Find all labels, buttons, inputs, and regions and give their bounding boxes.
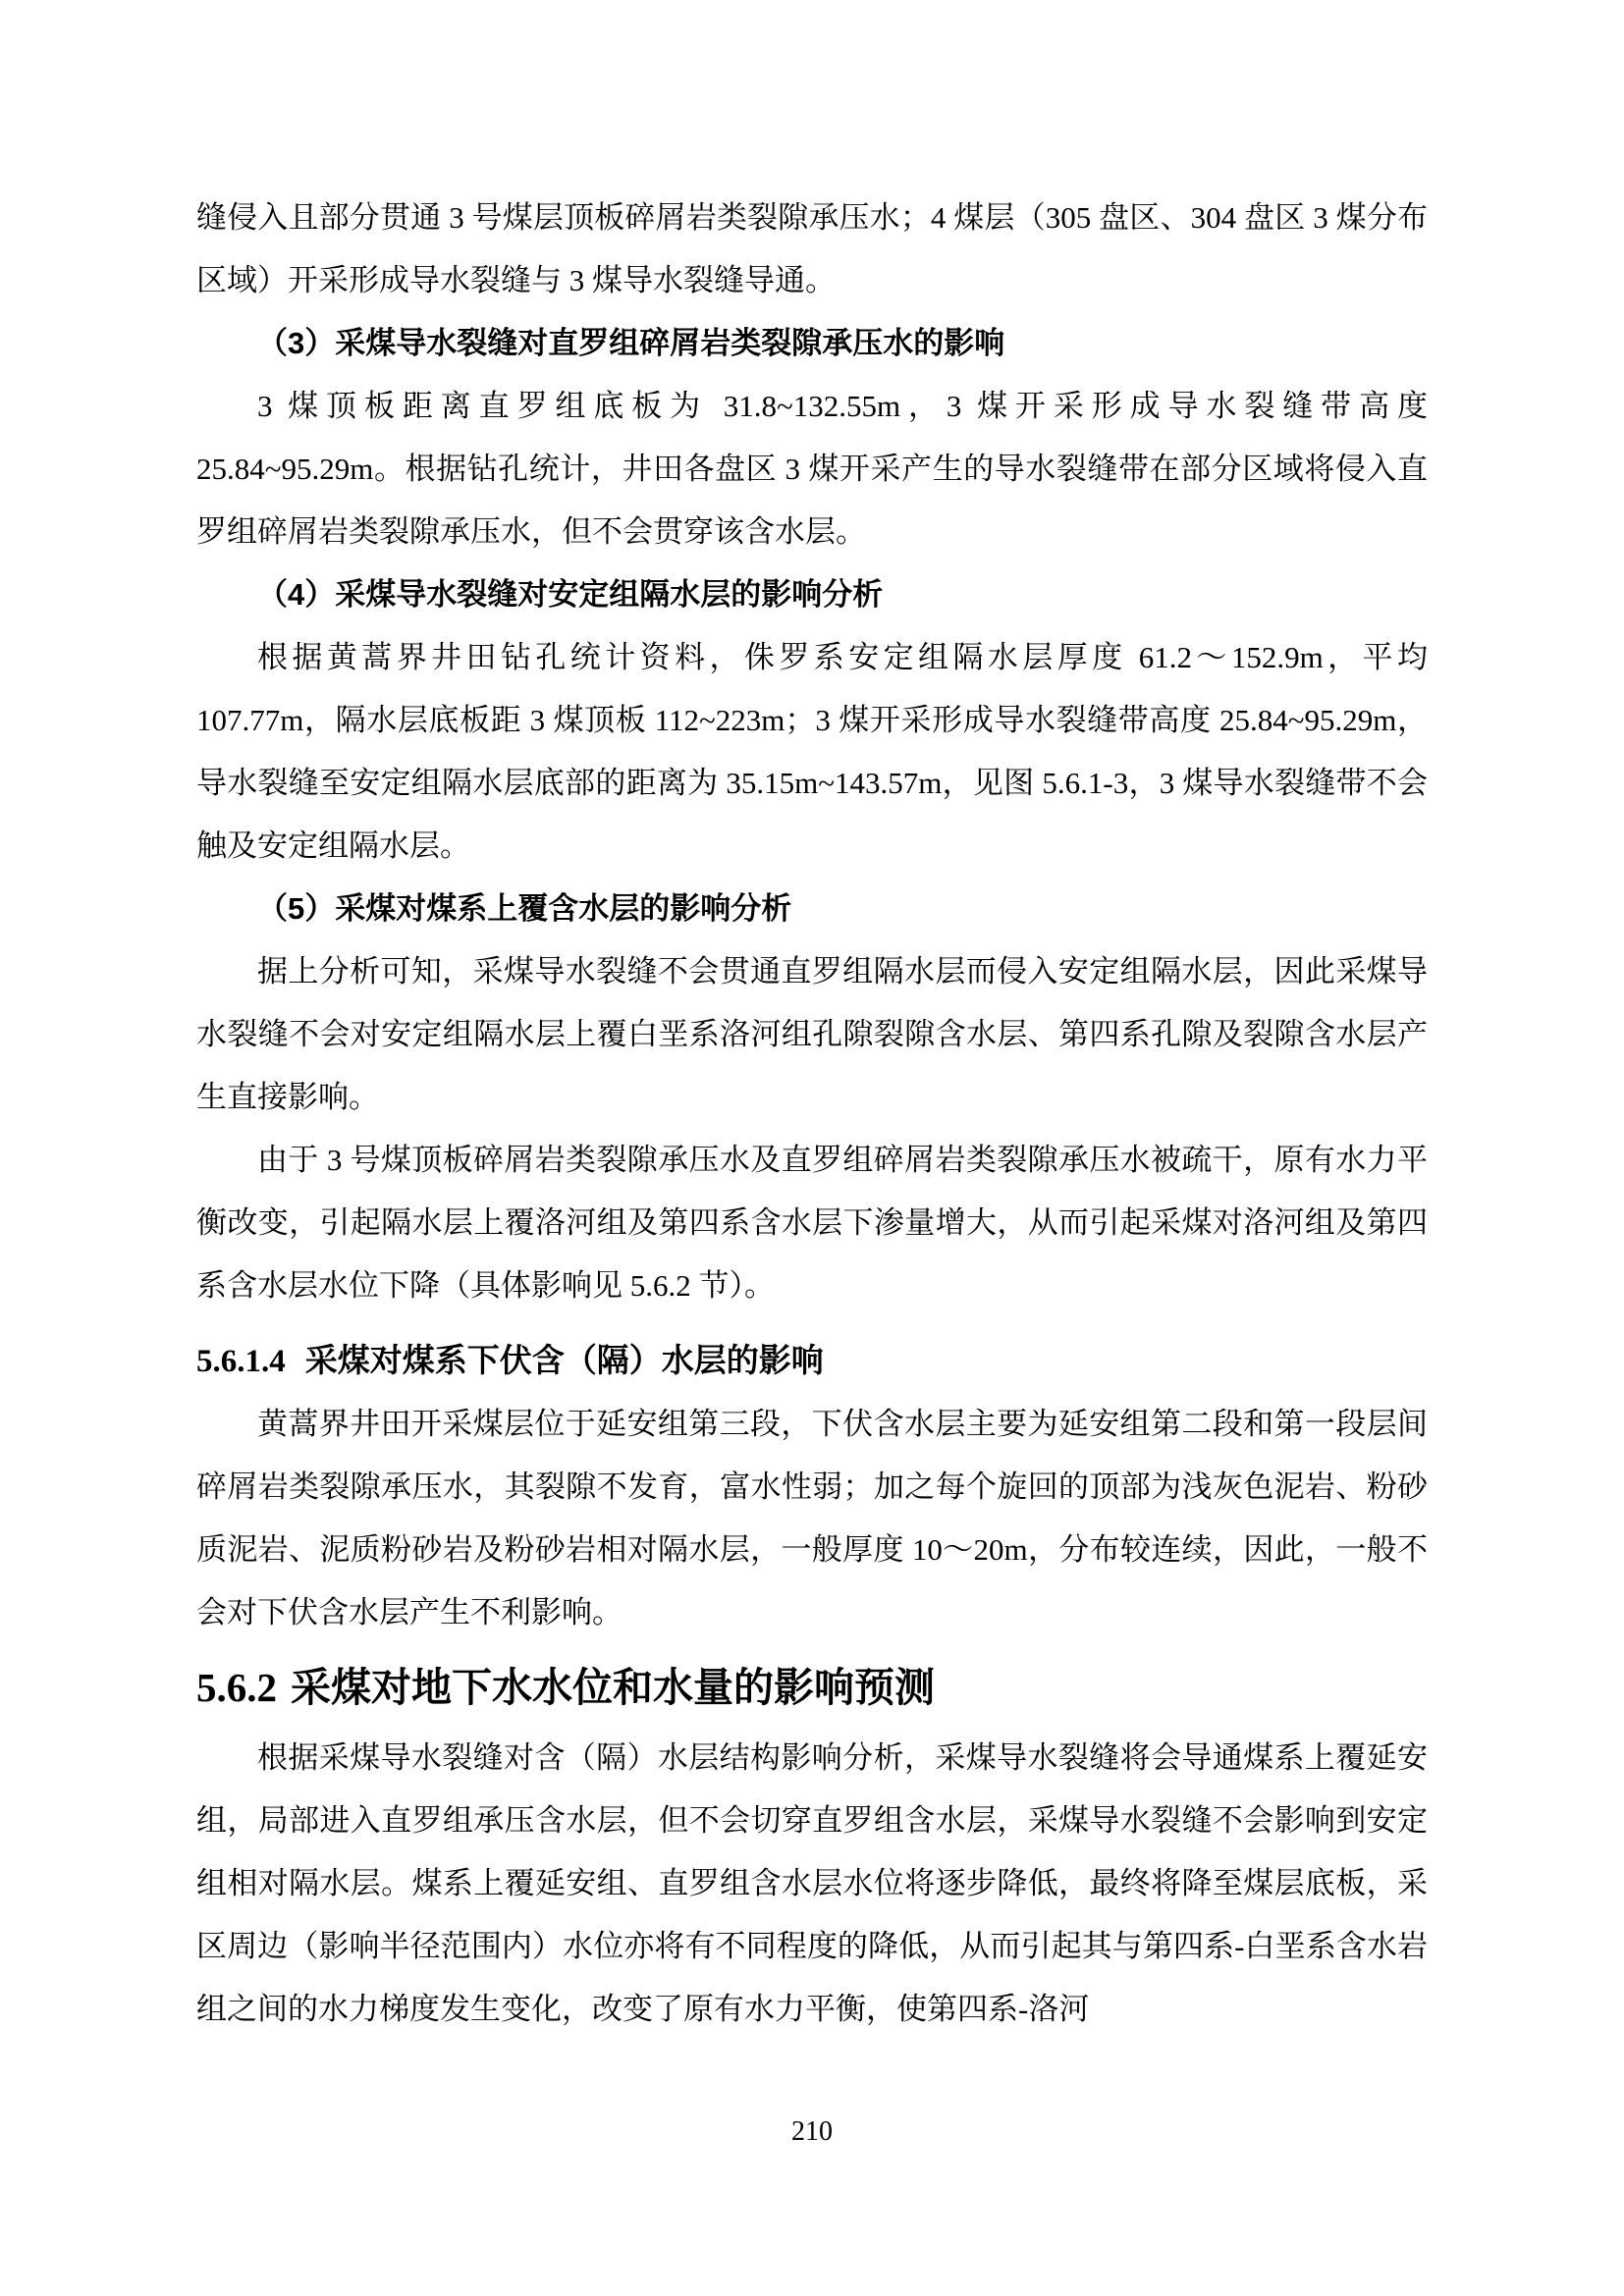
subheading-item-3: （3）采煤导水裂缝对直罗组碎屑岩类裂隙承压水的影响 xyxy=(196,312,1428,375)
page-number: 210 xyxy=(0,2112,1624,2152)
document-page: 缝侵入且部分贯通 3 号煤层顶板碎屑岩类裂隙承压水；4 煤层（305 盘区、30… xyxy=(0,0,1624,2296)
body-paragraph: 根据采煤导水裂缝对含（隔）水层结构影响分析，采煤导水裂缝将会导通煤系上覆延安组，… xyxy=(196,1727,1428,2041)
heading-title: 采煤对煤系下伏含（隔）水层的影响 xyxy=(305,1342,824,1378)
heading-title: 采煤对地下水水位和水量的影响预测 xyxy=(291,1665,935,1710)
heading-number: 5.6.1.4 xyxy=(196,1344,286,1379)
body-paragraph: 黄蒿界井田开采煤层位于延安组第三段，下伏含水层主要为延安组第二段和第一段层间碎屑… xyxy=(196,1393,1428,1644)
body-paragraph: 由于 3 号煤顶板碎屑岩类裂隙承压水及直罗组碎屑岩类裂隙承压水被疏干，原有水力平… xyxy=(196,1129,1428,1317)
body-paragraph: 3 煤顶板距离直罗组底板为 31.8~132.55m，3 煤开采形成导水裂缝带高… xyxy=(196,375,1428,563)
body-paragraph-continuation: 缝侵入且部分贯通 3 号煤层顶板碎屑岩类裂隙承压水；4 煤层（305 盘区、30… xyxy=(196,187,1428,312)
subheading-item-4: （4）采煤导水裂缝对安定组隔水层的影响分析 xyxy=(196,563,1428,626)
heading-number: 5.6.2 xyxy=(196,1665,277,1710)
heading-5-6-1-4: 5.6.1.4采煤对煤系下伏含（隔）水层的影响 xyxy=(196,1329,1428,1393)
body-paragraph: 据上分析可知，采煤导水裂缝不会贯通直罗组隔水层而侵入安定组隔水层，因此采煤导水裂… xyxy=(196,940,1428,1129)
body-paragraph: 根据黄蒿界井田钻孔统计资料，侏罗系安定组隔水层厚度 61.2～152.9m，平均… xyxy=(196,626,1428,878)
heading-5-6-2: 5.6.2采煤对地下水水位和水量的影响预测 xyxy=(196,1648,1428,1727)
subheading-item-5: （5）采煤对煤系上覆含水层的影响分析 xyxy=(196,878,1428,940)
